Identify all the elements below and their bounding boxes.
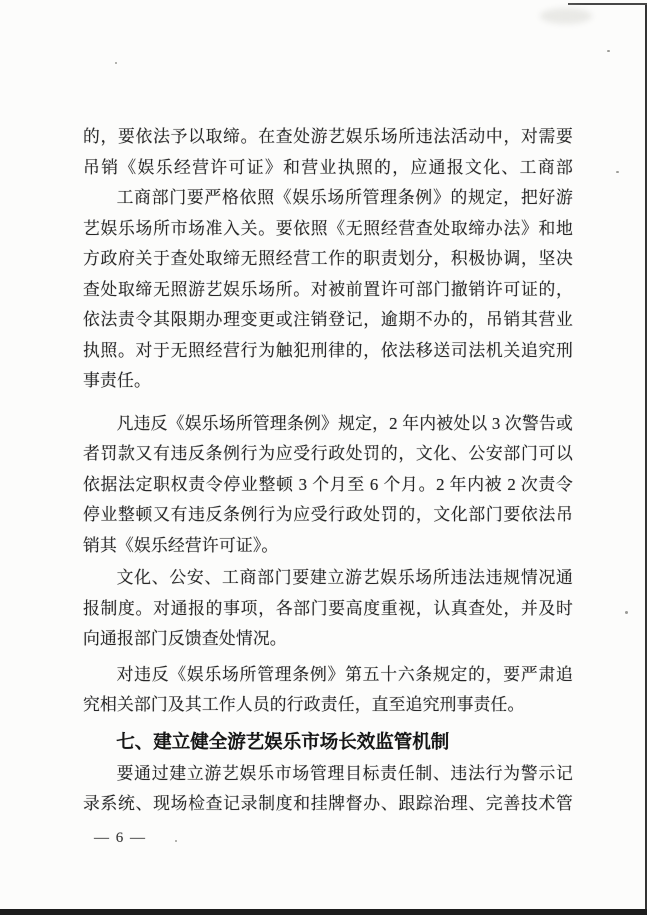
paragraph-continuation: 的，要依法予以取缔。在查处游艺娱乐场所违法活动中，对需要 吊销《娱乐经营许可证》… [83, 122, 573, 183]
text-line: 查处取缔无照游艺娱乐场所。对被前置许可部门撤销许可证的，要 [83, 275, 573, 306]
scan-artifact-speck [625, 611, 628, 614]
scan-artifact-bottom-bar [0, 909, 647, 915]
paragraph-violations-penalties: 凡违反《娱乐场所管理条例》规定，2 年内被处以 3 次警告或 者罚款又有违反条例… [83, 409, 573, 562]
text-line: 方政府关于查处取缔无照经营工作的职责划分，积极协调，坚决 [83, 244, 573, 275]
scan-artifact-smudge [540, 8, 592, 24]
text-line: 凡违反《娱乐场所管理条例》规定，2 年内被处以 3 次警告或 [83, 409, 573, 440]
text-line: 吊销《娱乐经营许可证》和营业执照的，应通报文化、工商部门。 [83, 153, 573, 184]
text-line: 要通过建立游艺娱乐市场管理目标责任制、违法行为警示记 [83, 759, 573, 790]
text-line: 报制度。对通报的事项，各部门要高度重视，认真查处，并及时 [83, 594, 573, 625]
text-line: 依法责令其限期办理变更或注销登记，逾期不办的，吊销其营业 [83, 305, 573, 336]
text-line: 录系统、现场检查记录制度和挂牌督办、跟踪治理、完善技术管 [83, 789, 573, 820]
scan-artifact-speck [616, 171, 619, 173]
scan-artifact-speck [607, 50, 610, 52]
text-line: 的，要依法予以取缔。在查处游艺娱乐场所违法活动中，对需要 [83, 122, 573, 153]
text-line: 对违反《娱乐场所管理条例》第五十六条规定的，要严肃追 [83, 660, 573, 691]
text-line: 停业整顿又有违反条例行为应受行政处罚的，文化部门要依法吊 [83, 500, 573, 531]
scan-artifact-speck [115, 62, 117, 64]
text-line: 究相关部门及其工作人员的行政责任，直至追究刑事责任。 [83, 690, 573, 721]
scan-artifact-top-line [568, 3, 647, 5]
text-line: 向通报部门反馈查处情况。 [83, 624, 573, 655]
text-line: 工商部门要严格依照《娱乐场所管理条例》的规定，把好游 [83, 183, 573, 214]
paragraph-accountability: 对违反《娱乐场所管理条例》第五十六条规定的，要严肃追 究相关部门及其工作人员的行… [83, 660, 573, 721]
text-line: 文化、公安、工商部门要建立游艺娱乐场所违法违规情况通 [83, 563, 573, 594]
text-line: 依据法定职权责令停业整顿 3 个月至 6 个月。2 年内被 2 次责令 [83, 470, 573, 501]
text-line: 事责任。 [83, 366, 573, 397]
document-text-block: 的，要依法予以取缔。在查处游艺娱乐场所违法活动中，对需要 吊销《娱乐经营许可证》… [83, 122, 573, 848]
section-heading: 七、建立健全游艺娱乐市场长效监管机制 [83, 725, 573, 759]
paragraph-reporting-system: 文化、公安、工商部门要建立游艺娱乐场所违法违规情况通 报制度。对通报的事项，各部… [83, 563, 573, 655]
text-line: 执照。对于无照经营行为触犯刑律的，依法移送司法机关追究刑 [83, 336, 573, 367]
text-line: 艺娱乐场所市场准入关。要依照《无照经营查处取缔办法》和地 [83, 214, 573, 245]
text-line: 者罚款又有违反条例行为应受行政处罚的，文化、公安部门可以 [83, 439, 573, 470]
paragraph-industry-commerce: 工商部门要严格依照《娱乐场所管理条例》的规定，把好游 艺娱乐场所市场准入关。要依… [83, 183, 573, 397]
page-number: — 6 — [83, 828, 573, 848]
paragraph-long-term-mechanism: 要通过建立游艺娱乐市场管理目标责任制、违法行为警示记 录系统、现场检查记录制度和… [83, 759, 573, 820]
document-page: 的，要依法予以取缔。在查处游艺娱乐场所违法活动中，对需要 吊销《娱乐经营许可证》… [0, 0, 647, 915]
text-line: 销其《娱乐经营许可证》。 [83, 531, 573, 562]
